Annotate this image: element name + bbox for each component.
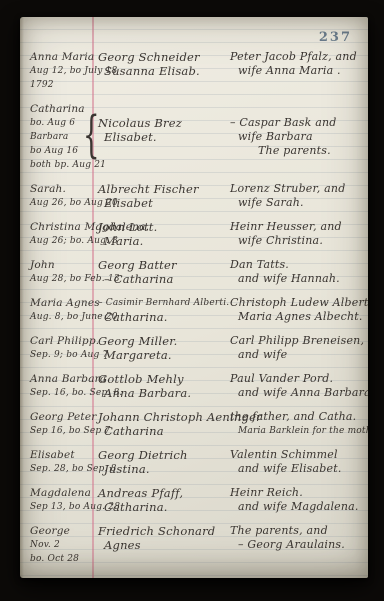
child-line: bo. Oct 28 xyxy=(30,552,98,566)
parents-line: Catharina. xyxy=(104,310,230,324)
sponsors-cell: Heinr Reich.and wife Magdalena. xyxy=(230,486,364,514)
parents-cell: { Georg Batter– Catharina xyxy=(98,258,230,286)
sponsors-line: and wife Elisabet. xyxy=(238,462,364,476)
child-line: Sep 13, bo Aug. 28 xyxy=(30,500,98,514)
parents-line: – Casimir Bernhard Alberti. xyxy=(98,296,230,310)
record-row: Catharinabo. Aug 6Barbarabo Aug 16both b… xyxy=(30,102,364,172)
sponsors-line: Dan Tatts. xyxy=(230,258,364,272)
sponsors-line: Paul Vander Pord. xyxy=(230,372,364,386)
parents-cell: { Andreas Pfaff,Catharina. xyxy=(98,486,230,514)
parents-line: Friedrich Schonard xyxy=(98,524,230,538)
parents-line: Elisabet xyxy=(104,196,230,210)
child-line: Aug 26, bo Aug 20 xyxy=(30,196,98,210)
parents-line: Georg Miller. xyxy=(98,334,230,348)
child-line: Anna Barbara xyxy=(30,372,98,386)
child-cell: Sarah.Aug 26, bo Aug 20 xyxy=(30,182,98,210)
child-line: Aug 12, bo July 18 xyxy=(30,64,98,78)
sponsors-cell: – Caspar Bask andwife BarbaraThe parents… xyxy=(230,102,364,172)
sponsors-line: Christoph Ludew Alberti, xyxy=(230,296,364,310)
parents-line: – Catharina xyxy=(104,272,230,286)
parents-line: Johann Christoph Aeninger xyxy=(98,410,230,424)
child-line: Nov. 2 xyxy=(30,538,98,552)
parents-line: Georg Batter xyxy=(98,258,230,272)
child-line: Christina Magdalena. xyxy=(30,220,98,234)
sponsors-line: and wife Anna Barbara. xyxy=(238,386,364,400)
sponsors-line: wife Barbara xyxy=(238,130,364,144)
parents-line: Georg Schneider xyxy=(98,50,230,64)
child-cell: Maria AgnesAug. 8, bo June 20 xyxy=(30,296,98,324)
record-row: Georg PeterSep 16, bo Sep 7 { Johann Chr… xyxy=(30,410,364,438)
sponsors-line: The parents, and xyxy=(230,524,364,538)
sponsors-cell: Valentin Schimmeland wife Elisabet. xyxy=(230,448,364,476)
sponsors-cell: Christoph Ludew Alberti,Maria Agnes Albe… xyxy=(230,296,364,324)
sponsors-line: – Georg Araulains. xyxy=(238,538,364,552)
record-row: Carl Philipp.Sep. 9; bo Aug 7 { Georg Mi… xyxy=(30,334,364,362)
record-row: JohnAug 28, bo Feb. 13 { Georg Batter– C… xyxy=(30,258,364,286)
sponsors-line: Lorenz Struber, and xyxy=(230,182,364,196)
child-line: Carl Philipp. xyxy=(30,334,98,348)
parents-line: Elisabet. xyxy=(104,130,230,144)
child-cell: GeorgeNov. 2bo. Oct 28 xyxy=(30,524,98,566)
sponsors-line: Maria Agnes Albecht. xyxy=(238,310,364,324)
child-cell: Carl Philipp.Sep. 9; bo Aug 7 xyxy=(30,334,98,362)
child-cell: Anna MariaAug 12, bo July 181792 xyxy=(30,50,98,92)
child-line: Aug 28, bo Feb. 13 xyxy=(30,272,98,286)
child-line: Sep 16, bo Sep 7 xyxy=(30,424,98,438)
register-page: 237 Anna MariaAug 12, bo July 181792 { G… xyxy=(20,17,368,578)
child-cell: JohnAug 28, bo Feb. 13 xyxy=(30,258,98,286)
parents-line: Margareta. xyxy=(104,348,230,362)
child-line: Sep. 16, bo. Sep. 8. xyxy=(30,386,98,400)
sponsors-cell: Lorenz Struber, andwife Sarah. xyxy=(230,182,364,210)
record-row: Anna BarbaraSep. 16, bo. Sep. 8. { Gottl… xyxy=(30,372,364,400)
sponsors-cell: Paul Vander Pord.and wife Anna Barbara. xyxy=(230,372,364,400)
sponsors-cell: Peter Jacob Pfalz, andwife Anna Maria . xyxy=(230,50,364,92)
grouping-brace-icon: { xyxy=(83,108,100,165)
parents-cell: { Georg SchneiderSusanna Elisab. xyxy=(98,50,230,92)
sponsors-line: Heinr Reich. xyxy=(230,486,364,500)
sponsors-line: and wife Magdalena. xyxy=(238,500,364,514)
sponsors-cell: Dan Tatts.and wife Hannah. xyxy=(230,258,364,286)
child-line: Sep. 28, bo Sep. 8 xyxy=(30,462,98,476)
parents-line: Nicolaus Brez xyxy=(98,116,230,130)
parents-line: Georg Dietrich xyxy=(98,448,230,462)
child-line: 1792 xyxy=(30,78,98,92)
parents-cell: { Johann Christoph AeningerCatharina xyxy=(98,410,230,438)
photo-background: 237 Anna MariaAug 12, bo July 181792 { G… xyxy=(0,0,384,601)
parents-cell: { Georg Miller.Margareta. xyxy=(98,334,230,362)
child-line: Elisabet xyxy=(30,448,98,462)
sponsors-line: – Caspar Bask and xyxy=(230,116,364,130)
child-line: Sarah. xyxy=(30,182,98,196)
record-row: Maria AgnesAug. 8, bo June 20 { – Casimi… xyxy=(30,296,364,324)
sponsors-cell: Carl Philipp Breneisen,and wife xyxy=(230,334,364,362)
parents-cell: { Friedrich SchonardAgnes xyxy=(98,524,230,566)
sponsors-line: Carl Philipp Breneisen, xyxy=(230,334,364,348)
sponsors-line: Maria Barklein for the mother. xyxy=(238,424,364,438)
sponsors-line: Valentin Schimmel xyxy=(230,448,364,462)
child-cell: MagdalenaSep 13, bo Aug. 28 xyxy=(30,486,98,514)
child-line: Aug 26; bo. Aug. 3 xyxy=(30,234,98,248)
record-row: ElisabetSep. 28, bo Sep. 8 { Georg Dietr… xyxy=(30,448,364,476)
parents-cell: { Georg DietrichJustina. xyxy=(98,448,230,476)
child-cell: Anna BarbaraSep. 16, bo. Sep. 8. xyxy=(30,372,98,400)
record-row: MagdalenaSep 13, bo Aug. 28 { Andreas Pf… xyxy=(30,486,364,514)
sponsors-line: wife Anna Maria . xyxy=(238,64,364,78)
sponsors-line: Heinr Heusser, and xyxy=(230,220,364,234)
parents-line: Andreas Pfaff, xyxy=(98,486,230,500)
parents-line: Catharina. xyxy=(104,500,230,514)
child-line: Anna Maria xyxy=(30,50,98,64)
child-cell: ElisabetSep. 28, bo Sep. 8 xyxy=(30,448,98,476)
parents-cell: { John Lott.Maria. xyxy=(98,220,230,248)
parents-line: Maria. xyxy=(104,234,230,248)
record-row: Sarah.Aug 26, bo Aug 20 { Albrecht Fisch… xyxy=(30,182,364,210)
record-row: GeorgeNov. 2bo. Oct 28 { Friedrich Schon… xyxy=(30,524,364,566)
child-line: George xyxy=(30,524,98,538)
record-row: Christina Magdalena.Aug 26; bo. Aug. 3 {… xyxy=(30,220,364,248)
parents-cell: { Albrecht FischerElisabet xyxy=(98,182,230,210)
parents-line: Albrecht Fischer xyxy=(98,182,230,196)
parents-line: Agnes xyxy=(104,538,230,552)
parents-cell: { – Casimir Bernhard Alberti.Catharina. xyxy=(98,296,230,324)
sponsors-line: and wife Hannah. xyxy=(238,272,364,286)
parents-cell: { Gottlob MehlyAnna Barbara. xyxy=(98,372,230,400)
parents-line: Gottlob Mehly xyxy=(98,372,230,386)
parents-line: Anna Barbara. xyxy=(104,386,230,400)
sponsors-line: wife Sarah. xyxy=(238,196,364,210)
sponsors-line: The parents. xyxy=(258,144,364,158)
parents-line: Susanna Elisab. xyxy=(104,64,230,78)
records-list: Anna MariaAug 12, bo July 181792 { Georg… xyxy=(20,17,368,566)
child-line: Aug. 8, bo June 20 xyxy=(30,310,98,324)
child-cell: Christina Magdalena.Aug 26; bo. Aug. 3 xyxy=(30,220,98,248)
child-line: Sep. 9; bo Aug 7 xyxy=(30,348,98,362)
record-row: Anna MariaAug 12, bo July 181792 { Georg… xyxy=(30,50,364,92)
child-line: Maria Agnes xyxy=(30,296,98,310)
sponsors-cell: Heinr Heusser, andwife Christina. xyxy=(230,220,364,248)
sponsors-line: wife Christina. xyxy=(238,234,364,248)
sponsors-line: Peter Jacob Pfalz, and xyxy=(230,50,364,64)
child-line: Georg Peter xyxy=(30,410,98,424)
sponsors-cell: The parents, and– Georg Araulains. xyxy=(230,524,364,566)
parents-cell: { Nicolaus BrezElisabet. xyxy=(98,102,230,172)
child-cell: Georg PeterSep 16, bo Sep 7 xyxy=(30,410,98,438)
child-line: John xyxy=(30,258,98,272)
parents-line: Justina. xyxy=(104,462,230,476)
sponsors-line: and wife xyxy=(238,348,364,362)
parents-line: Catharina xyxy=(104,424,230,438)
child-line: Magdalena xyxy=(30,486,98,500)
parents-line: John Lott. xyxy=(98,220,230,234)
